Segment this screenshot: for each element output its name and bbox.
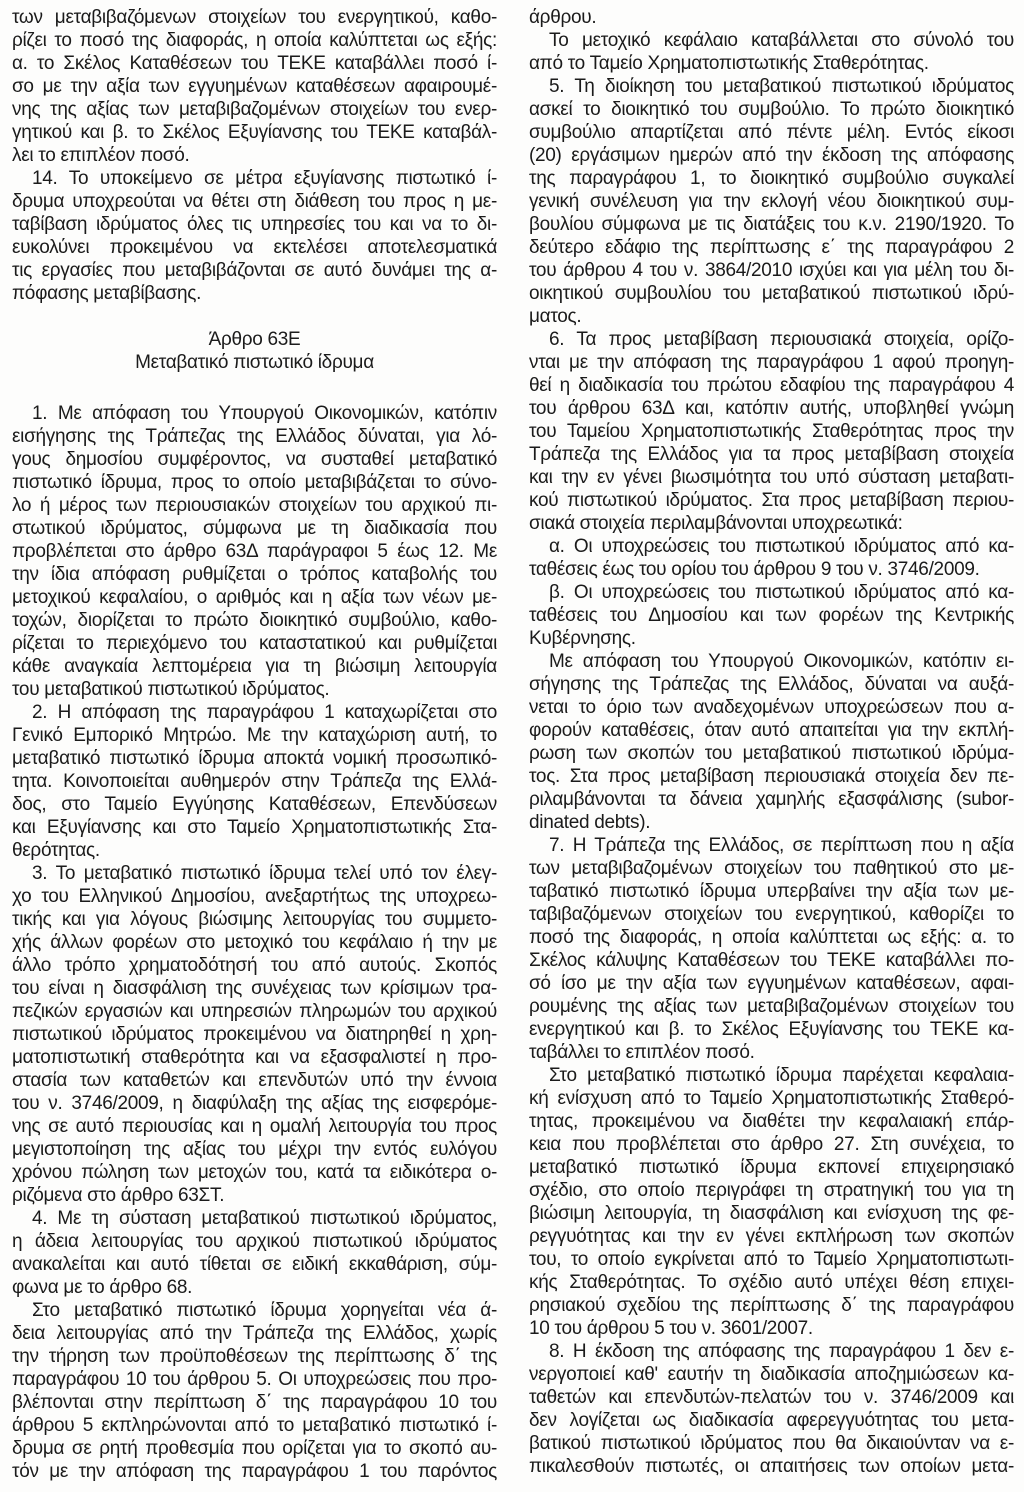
text-line: ευκολύνει προκειμένου να εκτελέσει αποτε… <box>12 236 497 259</box>
document-page: των μεταβιβαζόμενων στοιχείων του ενεργη… <box>0 0 1024 1492</box>
text-line: β. Οι υποχρεώσεις του πιστωτικού ιδρύματ… <box>529 581 1014 604</box>
text-line: την τήρηση των προϋποθέσεων της περίπτωσ… <box>12 1345 497 1368</box>
text-line: ταβιβαζόμενων στοιχείων του ενεργητικού,… <box>529 903 1014 926</box>
paragraph: 6. Τα προς μεταβίβαση περιουσιακά στοιχε… <box>529 328 1014 535</box>
text-line: νεργοποιεί καθ' εαυτήν τη διαδικασία απο… <box>529 1363 1014 1386</box>
text-line: νται με την απόφαση της παραγράφου 1 αφο… <box>529 351 1014 374</box>
paragraph: Στο μεταβατικό πιστωτικό ίδρυμα χορηγείτ… <box>12 1299 497 1483</box>
paragraph: 2. Η απόφαση της παραγράφου 1 καταχωρίζε… <box>12 701 497 862</box>
text-line: Κυβέρνησης. <box>529 627 1014 650</box>
text-line: ασκεί το διοικητικό του συμβούλιο. Το πρ… <box>529 98 1014 121</box>
heading-line: Μεταβατικό πιστωτικό ίδρυμα <box>12 351 497 374</box>
paragraph: β. Οι υποχρεώσεις του πιστωτικού ιδρύματ… <box>529 581 1014 650</box>
text-line: πιστωτικό ίδρυμα, προς το οποίο μεταβιβά… <box>12 471 497 494</box>
text-line: 1. Με απόφαση του Υπουργού Οικονομικών, … <box>12 402 497 425</box>
text-line: λει το επιπλέον ποσό. <box>12 144 497 167</box>
text-line: συμβούλιο απαρτίζεται από πέντε μέλη. Εν… <box>529 121 1014 144</box>
text-line: την ίδια απόφαση ρυθμίζεται ο τρόπος κατ… <box>12 563 497 586</box>
text-line: μεταβατικό πιστωτικό ίδρυμα αποκτά νομικ… <box>12 747 497 770</box>
text-line: βατικού πιστωτικού ιδρύματος που θα δικα… <box>529 1432 1014 1455</box>
text-line: προβλέπεται στο άρθρο 63Δ παράγραφοι 5 έ… <box>12 540 497 563</box>
text-line: άλλο τρόπο χρηματοδότησή του από αυτούς.… <box>12 954 497 977</box>
heading-line: Άρθρο 63Ε <box>12 328 497 351</box>
text-line: (20) εργάσιμων ημερών από την έκδοση της… <box>529 144 1014 167</box>
text-line: ταθέσεις του Δημοσίου και των φορέων της… <box>529 604 1014 627</box>
text-line: ποσό της διαφοράς, η οποία καλύπτεται ως… <box>529 926 1014 949</box>
paragraph: 8. Η έκδοση της απόφασης της παραγράφου … <box>529 1340 1014 1478</box>
text-line: οικητικού συμβουλίου του μεταβατικού πισ… <box>529 282 1014 305</box>
text-line: φορούν καταθέσεις, όταν αυτό απαιτείται … <box>529 719 1014 742</box>
text-line: άρθρου. <box>529 6 1014 29</box>
text-line: γητικού και β. το Σκέλος Εξυγίανσης του … <box>12 121 497 144</box>
text-line: ανακαλείται και αυτό τίθεται σε ειδική ε… <box>12 1253 497 1276</box>
paragraph: 4. Με τη σύσταση μεταβατικού πιστωτικού … <box>12 1207 497 1299</box>
text-line: θεί η διαδικασία του πρώτου εδαφίου της … <box>529 374 1014 397</box>
text-line: ρωση των σκοπών του μεταβατικού πιστωτικ… <box>529 742 1014 765</box>
text-line: τοχών, διορίζεται το πρώτο διοικητικό συ… <box>12 609 497 632</box>
text-line: θερότητας. <box>12 839 497 862</box>
text-line: νης της αξίας των μεταβιβαζομένων στοιχε… <box>12 98 497 121</box>
text-line: παραγράφου 10 του άρθρου 5. Οι υποχρεώσε… <box>12 1368 497 1391</box>
text-line: ρησιακού σχεδίου της περίπτωσης δ΄ της π… <box>529 1294 1014 1317</box>
text-line: της παραγράφου 1, το διοικητικό συμβούλι… <box>529 167 1014 190</box>
text-line: του άρθρου 63Δ και, κατόπιν αυτής, υποβλ… <box>529 397 1014 420</box>
text-line: δος, στο Ταμείο Εγγύησης Καταθέσεων, Επε… <box>12 793 497 816</box>
text-line: πικαλεσθούν πιστωτές, οι απαιτήσεις των … <box>529 1455 1014 1478</box>
right-column: άρθρου.Το μετοχικό κεφάλαιο καταβάλλεται… <box>529 6 1014 1483</box>
paragraph: Το μετοχικό κεφάλαιο καταβάλλεται στο σύ… <box>529 29 1014 75</box>
text-line: δεύτερο εδάφιο της περίπτωσης ε΄ της παρ… <box>529 236 1014 259</box>
text-line: ταβίβαση ιδρύματος όλες τις υπηρεσίες το… <box>12 213 497 236</box>
text-line: 7. Η Τράπεζα της Ελλάδος, σε περίπτωση π… <box>529 834 1014 857</box>
text-line: ενεργητικού και β. το Σκέλος Εξυγίανσης … <box>529 1018 1014 1041</box>
text-line: από το Ταμείο Χρηματοπιστωτικής Σταθερότ… <box>529 52 1014 75</box>
text-line: τος. Στα προς μεταβίβαση περιουσιακά στο… <box>529 765 1014 788</box>
text-line: Στο μεταβατικό πιστωτικό ίδρυμα παρέχετα… <box>529 1064 1014 1087</box>
text-line: ρουμένης της αξίας των μεταβιβαζομένων σ… <box>529 995 1014 1018</box>
text-line: στασία των καταθετών και επενδυτών υπό τ… <box>12 1069 497 1092</box>
text-line: του είναι η διασφάλιση της συνέχειας των… <box>12 977 497 1000</box>
text-line: dinated debts). <box>529 811 1014 834</box>
text-line: σό ίσο με την αξία των εγγυημένων καταθέ… <box>529 972 1014 995</box>
text-line: ταβάλλει το επιπλέον ποσό. <box>529 1041 1014 1064</box>
text-line: χο του Ελληνικού Δημοσίου, ανεξαρτήτως τ… <box>12 885 497 908</box>
paragraph: 14. Το υποκείμενο σε μέτρα εξυγίανσης πι… <box>12 167 497 305</box>
text-line: Τράπεζα της Ελλάδος για τα προς μεταβίβα… <box>529 443 1014 466</box>
text-line: δεια λειτουργίας από την Τράπεζα της Ελλ… <box>12 1322 497 1345</box>
text-line: ρεγγυότητας και την εν γένει εκπλήρωση τ… <box>529 1225 1014 1248</box>
text-line: ρίζει το ποσό της διαφοράς, η οποία καλύ… <box>12 29 497 52</box>
text-line: δρυμα σε ρητή προθεσμία που ορίζεται για… <box>12 1437 497 1460</box>
text-line: του, το οποίο εγκρίνεται από το Ταμείο Χ… <box>529 1248 1014 1271</box>
text-line: άρθρου 5 εκπληρώνονται από το μεταβατικό… <box>12 1414 497 1437</box>
text-line: 4. Με τη σύσταση μεταβατικού πιστωτικού … <box>12 1207 497 1230</box>
text-line: του Ταμείου Χρηματοπιστωτικής Σταθερότητ… <box>529 420 1014 443</box>
text-line: τητα. Κοινοποιείται αυθημερόν στην Τράπε… <box>12 770 497 793</box>
text-line: ματοπιστωτική σταθερότητα και να εξασφαλ… <box>12 1046 497 1069</box>
text-line: δρυμα υποχρεούται να θέτει στη διάθεση τ… <box>12 190 497 213</box>
text-line: νεται το όριο των αναδεχομένων υποχρεώσε… <box>529 696 1014 719</box>
text-line: ταβατικό πιστωτικό ίδρυμα υπερβαίνει την… <box>529 880 1014 903</box>
text-line: του ν. 3746/2009, η διαφύλαξη της αξίας … <box>12 1092 497 1115</box>
text-line: α. το Σκέλος Καταθέσεων του ΤΕΚΕ καταβάλ… <box>12 52 497 75</box>
text-line: σιακά στοιχεία περιλαμβάνονται υποχρεωτι… <box>529 512 1014 535</box>
article-heading: Άρθρο 63ΕΜεταβατικό πιστωτικό ίδρυμα <box>12 328 497 374</box>
text-line: 10 του άρθρου 5 του ν. 3601/2007. <box>529 1317 1014 1340</box>
text-line: τικής και για λόγους βιώσιμης λειτουργία… <box>12 908 497 931</box>
text-line: τητας, προκειμένου να διαθέτει την κεφαλ… <box>529 1110 1014 1133</box>
text-line: τόν με την απόφαση της παραγράφου 1 του … <box>12 1460 497 1483</box>
text-line: κάθε αναγκαία λεπτομέρεια για τη βιώσιμη… <box>12 655 497 678</box>
paragraph: άρθρου. <box>529 6 1014 29</box>
text-line: γους δημοσίου συμφέροντος, να συσταθεί μ… <box>12 448 497 471</box>
text-line: χής άλλων φορέων στο μετοχικό του κεφάλα… <box>12 931 497 954</box>
text-line: η άδεια λειτουργίας του αρχικού πιστωτικ… <box>12 1230 497 1253</box>
text-line: Στο μεταβατικό πιστωτικό ίδρυμα χορηγείτ… <box>12 1299 497 1322</box>
text-line: πόφασης μεταβίβασης. <box>12 282 497 305</box>
text-line: 8. Η έκδοση της απόφασης της παραγράφου … <box>529 1340 1014 1363</box>
text-line: κή ενίσχυση από το Ταμείο Χρηματοπιστωτι… <box>529 1087 1014 1110</box>
text-line: 5. Τη διοίκηση του μεταβατικού πιστωτικο… <box>529 75 1014 98</box>
text-line: 2. Η απόφαση της παραγράφου 1 καταχωρίζε… <box>12 701 497 724</box>
text-line: μεγιστοποίηση της αξίας του μέχρι την εν… <box>12 1138 497 1161</box>
text-line: εισήγησης της Τράπεζας της Ελλάδος δύνατ… <box>12 425 497 448</box>
text-line: των μεταβιβαζομένων στοιχείων του παθητι… <box>529 857 1014 880</box>
text-line: βιώσιμη λειτουργία, τη διασφάλιση και εν… <box>529 1202 1014 1225</box>
text-line: του άρθρου 4 του ν. 3864/2010 ισχύει και… <box>529 259 1014 282</box>
text-line: Το μετοχικό κεφάλαιο καταβάλλεται στο σύ… <box>529 29 1014 52</box>
text-line: λο ή μέρος των περιουσιακών στοιχείων το… <box>12 494 497 517</box>
text-line: νης σε αυτό περιουσίας και η ομαλή λειτο… <box>12 1115 497 1138</box>
text-line: δεν λογίζεται ως διαδικασία αφερεγγυότητ… <box>529 1409 1014 1432</box>
paragraph: 7. Η Τράπεζα της Ελλάδος, σε περίπτωση π… <box>529 834 1014 1064</box>
paragraph: 1. Με απόφαση του Υπουργού Οικονομικών, … <box>12 402 497 701</box>
text-line: τις εργασίες που μεταβιβάζονται σε αυτό … <box>12 259 497 282</box>
paragraph: 5. Τη διοίκηση του μεταβατικού πιστωτικο… <box>529 75 1014 328</box>
text-line: ταθετών και επενδυτών-πελατών του ν. 374… <box>529 1386 1014 1409</box>
text-line: σο με την αξία των εγγυημένων καταθέσεων… <box>12 75 497 98</box>
text-line: χρόνου πώληση των μετοχών του, κατά τα ε… <box>12 1161 497 1184</box>
text-line: κεια που προβλέπεται στο άρθρο 27. Στη σ… <box>529 1133 1014 1156</box>
text-line: ρίζεται το περιεχόμενο του καταστατικού … <box>12 632 497 655</box>
text-line: σήγησης της Τράπεζας της Ελλάδος, δύνατα… <box>529 673 1014 696</box>
text-line: 6. Τα προς μεταβίβαση περιουσιακά στοιχε… <box>529 328 1014 351</box>
text-line: μεταβατικό πιστωτικό ίδρυμα εκπονεί επιχ… <box>529 1156 1014 1179</box>
text-line: Σκέλος κάλυψης Καταθέσεων του ΤΕΚΕ καταβ… <box>529 949 1014 972</box>
text-line: κής Σταθερότητας. Το σχέδιο αυτό υπέχει … <box>529 1271 1014 1294</box>
text-line: φωνα με το άρθρο 68. <box>12 1276 497 1299</box>
text-line: του μεταβατικού πιστωτικού ιδρύματος. <box>12 678 497 701</box>
left-column: των μεταβιβαζόμενων στοιχείων του ενεργη… <box>12 6 497 1483</box>
paragraph: α. Οι υποχρεώσεις του πιστωτικού ιδρύματ… <box>529 535 1014 581</box>
text-line: στωτικού ιδρύματος, σύμφωνα με τη διαδικ… <box>12 517 497 540</box>
text-line: σχέδιο, στο οποίο περιγράφει τη στρατηγι… <box>529 1179 1014 1202</box>
text-line: και την εν γένει βιωσιμότητα του υπό σύσ… <box>529 466 1014 489</box>
text-line: βλέπονται στην περίπτωση δ΄ της παραγράφ… <box>12 1391 497 1414</box>
text-line: γενική συνέλευση για την εκλογή νέου διο… <box>529 190 1014 213</box>
text-line: α. Οι υποχρεώσεις του πιστωτικού ιδρύματ… <box>529 535 1014 558</box>
text-line: πεζικών εργασιών και υπηρεσιών πληρωμών … <box>12 1000 497 1023</box>
text-line: και Εξυγίανσης και στο Ταμείο Χρηματοπισ… <box>12 816 497 839</box>
text-line: 3. Το μεταβατικό πιστωτικό ίδρυμα τελεί … <box>12 862 497 885</box>
text-line: βουλίου σύμφωνα με τις διατάξεις του κ.ν… <box>529 213 1014 236</box>
paragraph: Στο μεταβατικό πιστωτικό ίδρυμα παρέχετα… <box>529 1064 1014 1340</box>
text-line: ματος. <box>529 305 1014 328</box>
text-line: ταθέσεις έως του ορίου του άρθρου 9 του … <box>529 558 1014 581</box>
text-line: πιστωτικού ιδρύματος προκειμένου να διατ… <box>12 1023 497 1046</box>
two-column-layout: των μεταβιβαζόμενων στοιχείων του ενεργη… <box>12 6 1014 1483</box>
text-line: Γενικό Εμπορικό Μητρώο. Με την καταχώρισ… <box>12 724 497 747</box>
text-line: 14. Το υποκείμενο σε μέτρα εξυγίανσης πι… <box>12 167 497 190</box>
text-line: μετοχικού κεφαλαίου, ο αριθμός και η αξί… <box>12 586 497 609</box>
paragraph: των μεταβιβαζόμενων στοιχείων του ενεργη… <box>12 6 497 167</box>
paragraph: 3. Το μεταβατικό πιστωτικό ίδρυμα τελεί … <box>12 862 497 1207</box>
text-line: Με απόφαση του Υπουργού Οικονομικών, κατ… <box>529 650 1014 673</box>
text-line: ριλαμβάνονται τα δάνεια χαμηλής εξασφάλι… <box>529 788 1014 811</box>
text-line: κού πιστωτικού ιδρύματος. Στα προς μεταβ… <box>529 489 1014 512</box>
text-line: ριζόμενα στο άρθρο 63ΣΤ. <box>12 1184 497 1207</box>
paragraph: Με απόφαση του Υπουργού Οικονομικών, κατ… <box>529 650 1014 834</box>
text-line: των μεταβιβαζόμενων στοιχείων του ενεργη… <box>12 6 497 29</box>
